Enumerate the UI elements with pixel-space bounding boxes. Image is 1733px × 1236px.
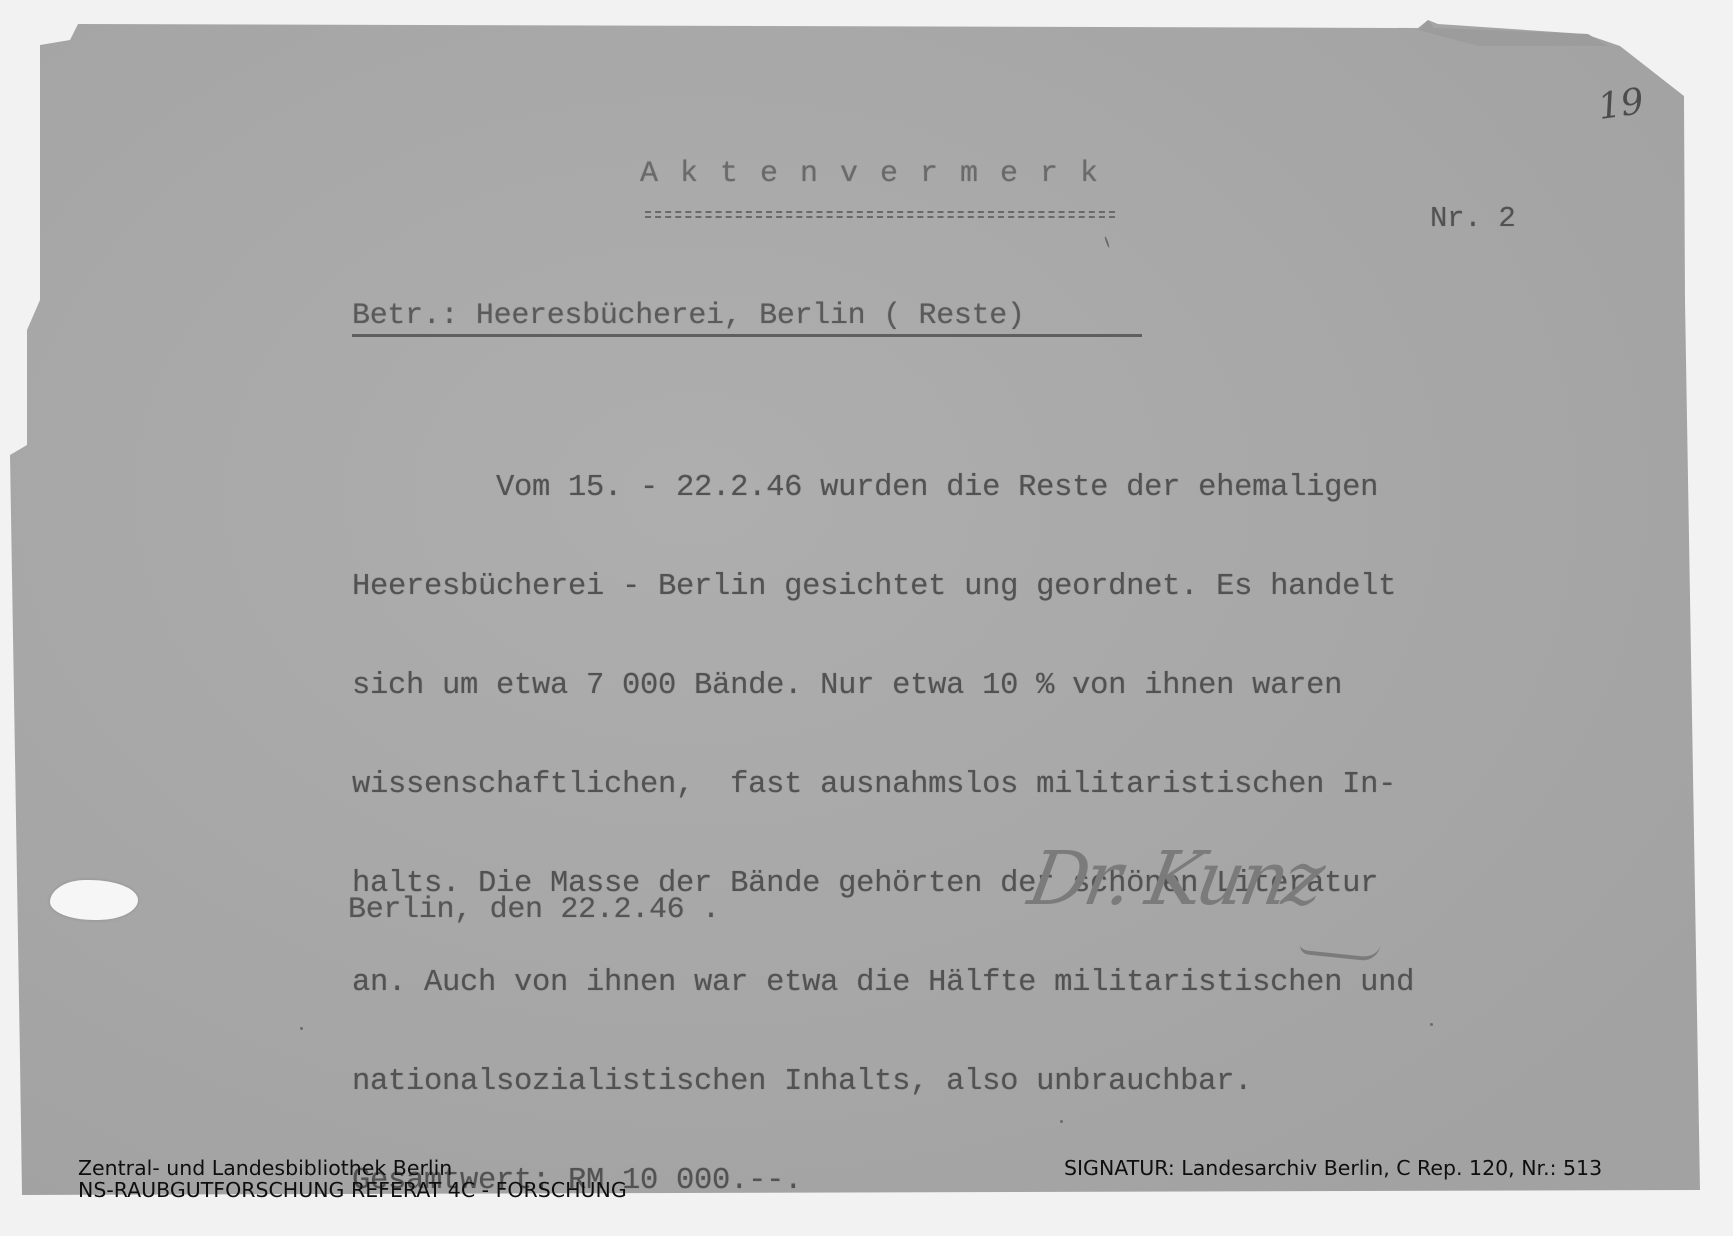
body-line: an. Auch von ihnen war etwa die Hälfte m… bbox=[352, 967, 1414, 1000]
place-date-line: Berlin, den 22.2.46 . bbox=[348, 894, 720, 927]
title-double-underline bbox=[645, 211, 1115, 218]
dust-speck bbox=[1430, 1023, 1433, 1026]
punch-hole bbox=[50, 880, 138, 920]
archive-institution: Zentral- und Landesbibliothek Berlin bbox=[78, 1157, 627, 1179]
handwritten-signature: Dr. Kunz bbox=[1022, 836, 1327, 922]
body-line: Vom 15. - 22.2.46 wurden die Reste der e… bbox=[352, 472, 1414, 505]
archive-department: NS-RAUBGUTFORSCHUNG REFERAT 4C - FORSCHU… bbox=[78, 1179, 627, 1201]
body-line: nationalsozialistischen Inhalts, also un… bbox=[352, 1066, 1414, 1099]
document-title: Aktenvermerk bbox=[640, 158, 1120, 191]
body-paragraph: Vom 15. - 22.2.46 wurden die Reste der e… bbox=[352, 406, 1414, 1231]
document-number: Nr. 2 bbox=[1430, 202, 1516, 235]
archive-stamp-left: Zentral- und Landesbibliothek Berlin NS-… bbox=[78, 1157, 627, 1201]
subject-underline bbox=[352, 334, 1142, 337]
archive-signature: SIGNATUR: Landesarchiv Berlin, C Rep. 12… bbox=[1064, 1157, 1602, 1179]
handwritten-page-number: 19 bbox=[1595, 81, 1646, 128]
body-line: sich um etwa 7 000 Bände. Nur etwa 10 % … bbox=[352, 670, 1414, 703]
subject-line: Betr.: Heeresbücherei, Berlin ( Reste) bbox=[352, 300, 1025, 333]
dust-speck bbox=[300, 1027, 303, 1030]
body-line: Heeresbücherei - Berlin gesichtet ung ge… bbox=[352, 571, 1414, 604]
body-line: wissenschaftlichen, fast ausnahmslos mil… bbox=[352, 769, 1414, 802]
